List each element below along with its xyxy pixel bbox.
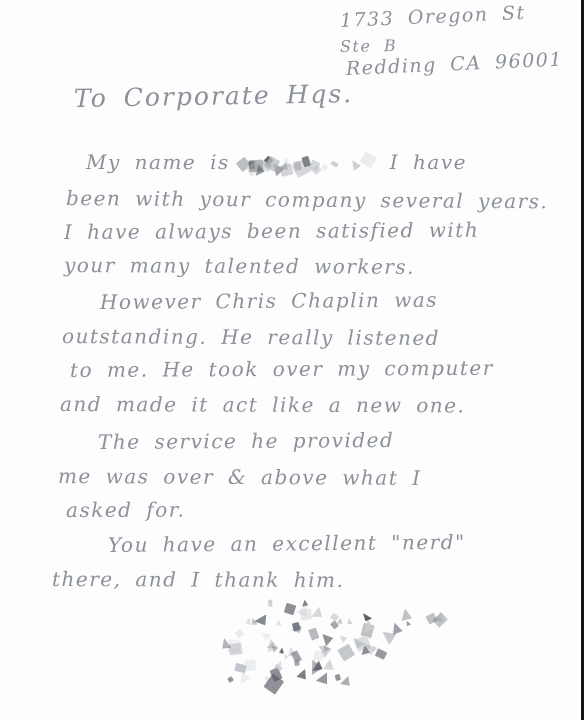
redaction-pixel [360,614,372,624]
redaction-pixel [345,618,353,626]
redaction-pixel [278,647,285,655]
redaction-pixel [295,669,307,681]
redacted-signature [212,598,462,688]
body-line-13: there, and I thank him. [52,567,344,592]
redaction-pixel [330,161,338,168]
body-line-10: me was over & above what I [58,464,422,490]
body-line-1-prefix: My name is [86,150,230,174]
redaction-pixel [279,163,293,176]
body-line-9: The service he provided [98,428,394,454]
redaction-pixel [360,152,378,169]
redaction-pixel [382,632,397,646]
redaction-pixel [294,659,300,665]
redaction-pixel [315,672,329,685]
redacted-name [236,151,384,177]
redaction-pixel [339,676,352,688]
body-line-11: asked for. [66,498,186,522]
redaction-pixel [268,599,272,606]
redaction-pixel [405,620,412,627]
redaction-pixel [320,634,334,647]
body-line-8: and made it act like a new one. [60,392,465,417]
redaction-pixel [308,627,320,640]
redaction-pixel [397,608,413,625]
redaction-pixel [274,620,282,628]
redaction-pixel [244,659,256,672]
redaction-pixel [301,156,311,168]
redaction-pixel [283,603,296,616]
address-line-1: 1733 Oregon St [340,2,527,32]
redaction-pixel [263,638,280,655]
redaction-pixel [244,617,252,626]
body-line-1: My name isI have [86,150,467,177]
body-line-5: However Chris Chaplin was [100,288,438,314]
redaction-pixel [349,160,362,172]
body-line-7: to me. He took over my computer [70,356,494,382]
redaction-pixel [229,643,243,656]
body-line-6: outstanding. He really listened [62,324,440,350]
body-line-1-suffix: I have [390,150,467,174]
address-line-2: Ste B [340,36,398,56]
redaction-pixel [259,633,271,642]
redaction-pixel [282,654,288,660]
redaction-pixel [338,643,355,660]
redaction-pixel [330,620,339,629]
body-line-3: I have always been satisfied with [64,218,479,244]
letter-page: 1733 Oregon St Ste B Redding CA 96001 To… [0,0,584,720]
redaction-pixel [320,658,335,673]
redaction-pixel [235,629,244,638]
redaction-pixel [335,674,341,681]
redaction-pixel [235,671,250,687]
redaction-pixel [375,649,387,660]
body-line-12: You have an excellent "nerd" [108,530,466,557]
body-line-2: been with your company several years. [66,186,548,213]
redaction-pixel [227,676,234,683]
redaction-pixel [293,161,302,171]
body-line-4: your many talented workers. [64,253,415,279]
redaction-pixel [338,635,347,643]
salutation: To Corporate Hqs. [74,79,354,113]
